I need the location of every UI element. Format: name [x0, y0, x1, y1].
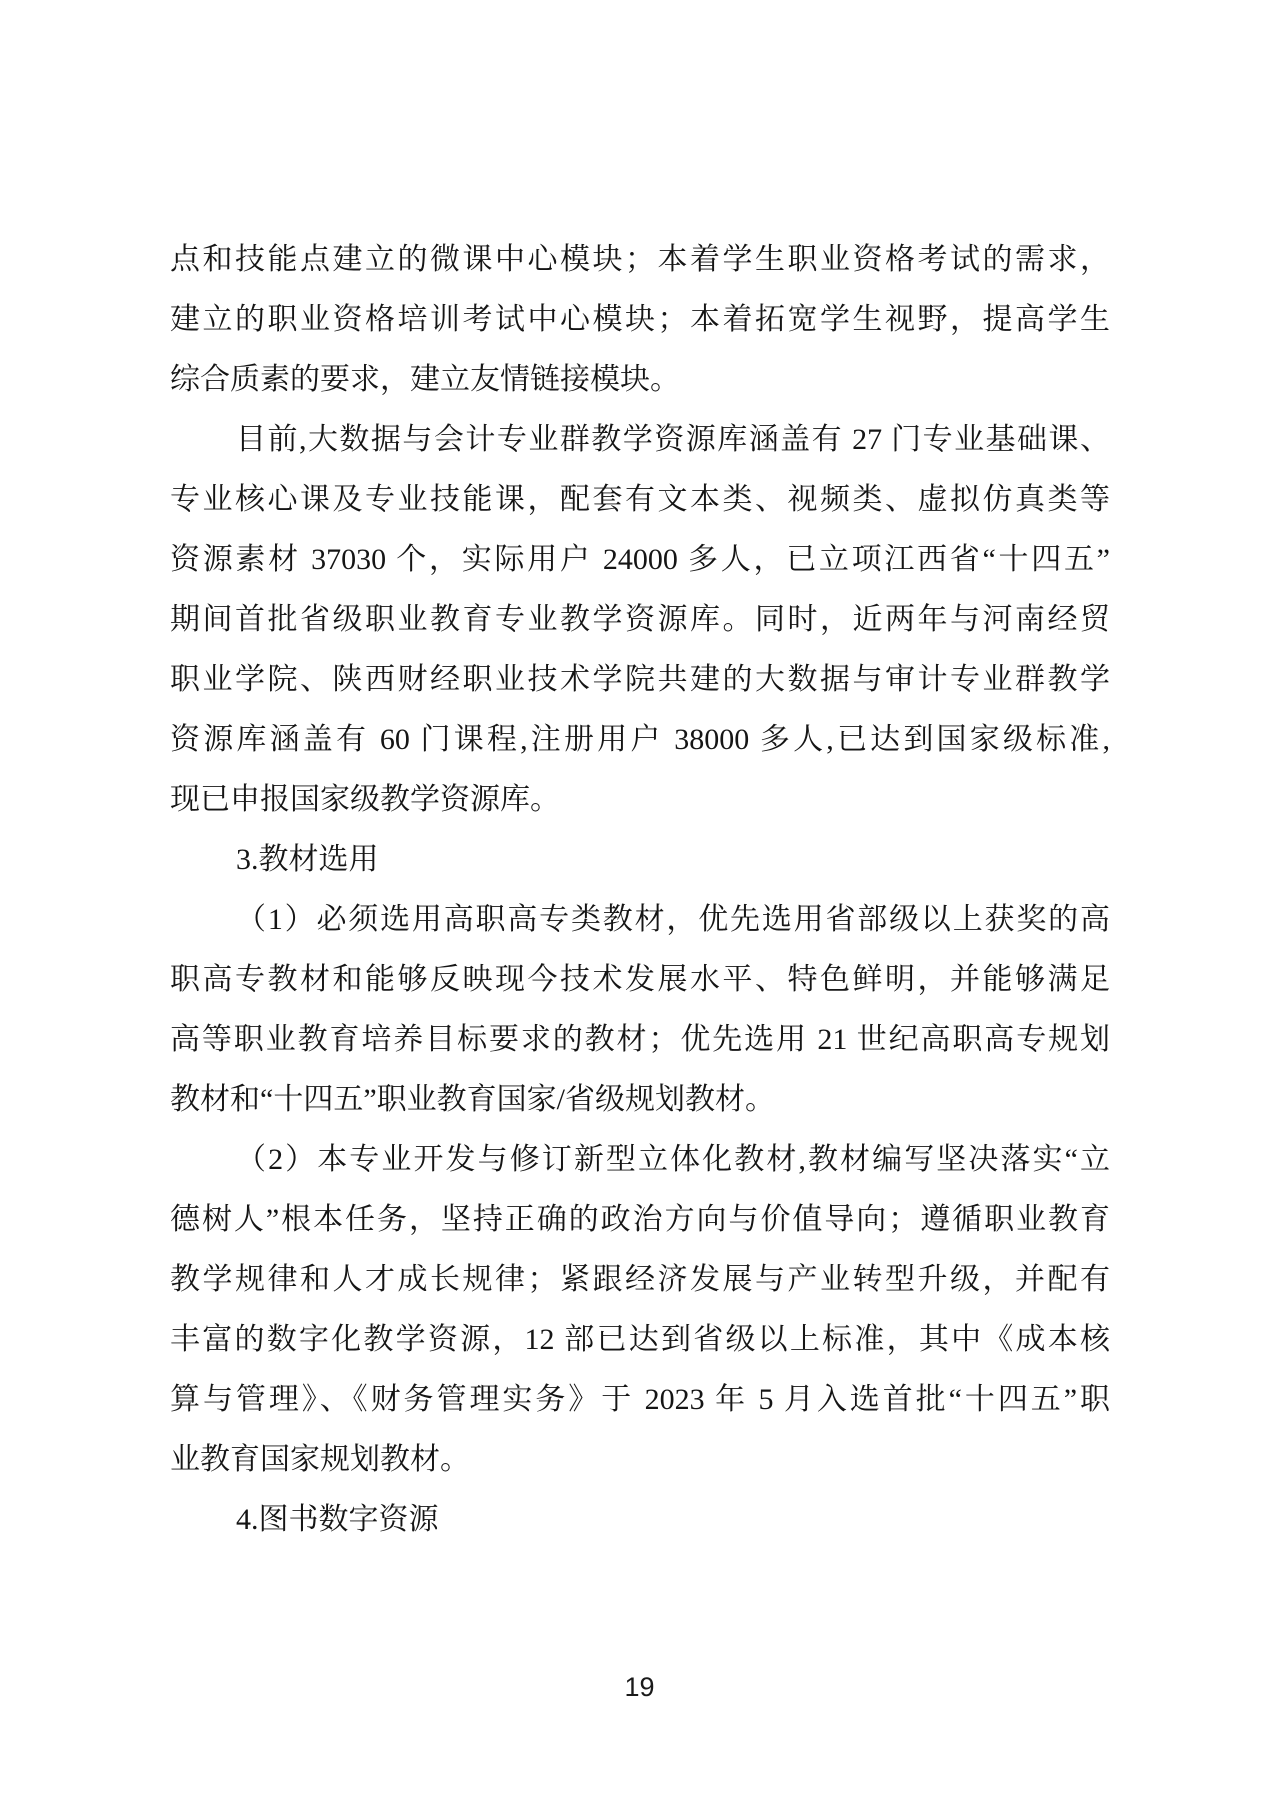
document-body-text: 点和技能点建立的微课中心模块；本着学生职业资格考试的需求， 建立的职业资格培训考…	[170, 230, 1110, 1550]
text-line: 算与管理》、《财务管理实务》于 2023 年 5 月入选首批“十四五”职	[170, 1370, 1110, 1430]
text-line: （1）必须选用高职高专类教材，优先选用省部级以上获奖的高	[170, 890, 1110, 950]
text-line: 职业学院、陕西财经职业技术学院共建的大数据与审计专业群教学	[170, 650, 1110, 710]
text-line: 德树人”根本任务，坚持正确的政治方向与价值导向；遵循职业教育	[170, 1190, 1110, 1250]
text-line: 教学规律和人才成长规律；紧跟经济发展与产业转型升级，并配有	[170, 1250, 1110, 1310]
document-page: 点和技能点建立的微课中心模块；本着学生职业资格考试的需求， 建立的职业资格培训考…	[0, 0, 1279, 1809]
text-line: 点和技能点建立的微课中心模块；本着学生职业资格考试的需求，	[170, 230, 1110, 290]
text-line: 教材和“十四五”职业教育国家/省级规划教材。	[170, 1070, 1110, 1130]
section-heading-3: 3.教材选用	[170, 830, 1110, 890]
text-line: 综合质素的要求，建立友情链接模块。	[170, 350, 1110, 410]
text-line: 目前,大数据与会计专业群教学资源库涵盖有 27 门专业基础课、	[170, 410, 1110, 470]
text-line: 期间首批省级职业教育专业教学资源库。同时，近两年与河南经贸	[170, 590, 1110, 650]
text-line: 建立的职业资格培训考试中心模块；本着拓宽学生视野，提高学生	[170, 290, 1110, 350]
text-line: 业教育国家规划教材。	[170, 1430, 1110, 1490]
text-line: 高等职业教育培养目标要求的教材；优先选用 21 世纪高职高专规划	[170, 1010, 1110, 1070]
text-line: 专业核心课及专业技能课，配套有文本类、视频类、虚拟仿真类等	[170, 470, 1110, 530]
text-line: 资源素材 37030 个，实际用户 24000 多人，已立项江西省“十四五”	[170, 530, 1110, 590]
text-line: 丰富的数字化教学资源，12 部已达到省级以上标准，其中《成本核	[170, 1310, 1110, 1370]
page-number: 19	[0, 1672, 1279, 1703]
text-line: 现已申报国家级教学资源库。	[170, 770, 1110, 830]
text-line: 资源库涵盖有 60 门课程,注册用户 38000 多人,已达到国家级标准,	[170, 710, 1110, 770]
section-heading-4: 4.图书数字资源	[170, 1490, 1110, 1550]
text-line: 职高专教材和能够反映现今技术发展水平、特色鲜明，并能够满足	[170, 950, 1110, 1010]
text-line: （2）本专业开发与修订新型立体化教材,教材编写坚决落实“立	[170, 1130, 1110, 1190]
